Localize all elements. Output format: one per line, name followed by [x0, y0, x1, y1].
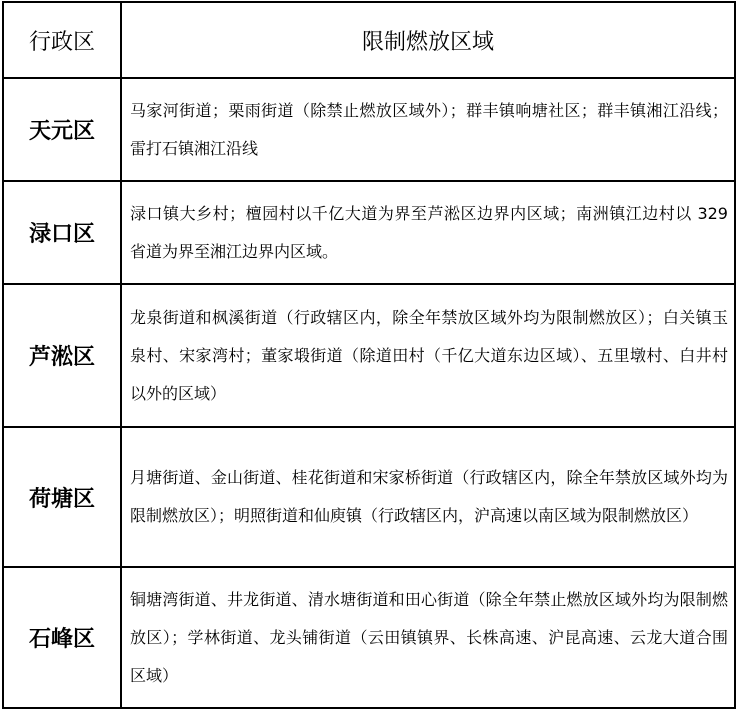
table-row: 荷塘区 月塘街道、金山街道、桂花街道和宋家桥街道（行政辖区内，除全年禁放区域外均… — [3, 427, 735, 567]
restricted-zones-table: 行政区 限制燃放区域 天元区 马家河街道；栗雨街道（除禁止燃放区域外）；群丰镇响… — [2, 1, 736, 709]
table-row: 芦淞区 龙泉街道和枫溪街道（行政辖区内，除全年禁放区域外均为限制燃放区）；白关镇… — [3, 284, 735, 427]
table-header-row: 行政区 限制燃放区域 — [3, 2, 735, 78]
area-cell: 渌口镇大乡村；檀园村以千亿大道为界至芦淞区边界内区域；南洲镇江边村以 329 省… — [121, 181, 735, 284]
table-row: 石峰区 铜塘湾街道、井龙街道、清水塘街道和田心街道（除全年禁止燃放区域外均为限制… — [3, 567, 735, 708]
area-cell: 铜塘湾街道、井龙街道、清水塘街道和田心街道（除全年禁止燃放区域外均为限制燃放区）… — [121, 567, 735, 708]
district-cell: 石峰区 — [3, 567, 121, 708]
area-cell: 月塘街道、金山街道、桂花街道和宋家桥街道（行政辖区内，除全年禁放区域外均为限制燃… — [121, 427, 735, 567]
district-cell: 渌口区 — [3, 181, 121, 284]
area-cell: 龙泉街道和枫溪街道（行政辖区内，除全年禁放区域外均为限制燃放区）；白关镇玉泉村、… — [121, 284, 735, 427]
header-district: 行政区 — [3, 2, 121, 78]
district-cell: 荷塘区 — [3, 427, 121, 567]
table-row: 渌口区 渌口镇大乡村；檀园村以千亿大道为界至芦淞区边界内区域；南洲镇江边村以 3… — [3, 181, 735, 284]
area-cell: 马家河街道；栗雨街道（除禁止燃放区域外）；群丰镇响塘社区；群丰镇湘江沿线；雷打石… — [121, 78, 735, 181]
district-cell: 芦淞区 — [3, 284, 121, 427]
district-cell: 天元区 — [3, 78, 121, 181]
header-restricted-area: 限制燃放区域 — [121, 2, 735, 78]
table-row: 天元区 马家河街道；栗雨街道（除禁止燃放区域外）；群丰镇响塘社区；群丰镇湘江沿线… — [3, 78, 735, 181]
